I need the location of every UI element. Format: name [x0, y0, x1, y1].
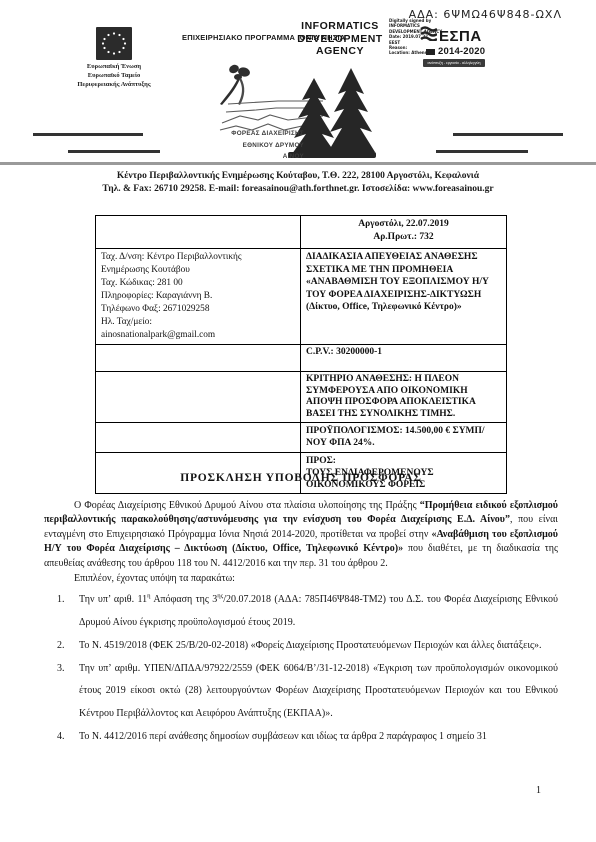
- award-criterion-cell: ΚΡΙΤΗΡΙΟ ΑΝΑΘΕΣΗΣ: Η ΠΛΕΟΝ ΣΥΜΦΕΡΟΥΣΑ ΑΠ…: [301, 372, 507, 423]
- document-body: ΠΡΟΣΚΛΗΣΗ ΥΠΟΒΟΛΗΣ ΠΡΟΣΦΟΡΑΣ Ο Φορέας Δι…: [44, 471, 558, 749]
- list-item: 1. Την υπ’ αριθ. 11η Απόφαση της 3ης/20.…: [44, 589, 558, 635]
- subject-cell: ΔΙΑΔΙΚΑΣΙΑ ΑΠΕΥΘΕΙΑΣ ΑΝΑΘΕΣΗΣ ΣΧΕΤΙΚΑ ΜΕ…: [301, 249, 507, 345]
- eu-line-3: Περιφερειακής Ανάπτυξης: [58, 81, 170, 90]
- date-protocol-cell: Αργοστόλι, 22.07.2019 Αρ.Πρωτ.: 732: [301, 216, 507, 249]
- contact-phone-line: Τηλ. & Fax: 26710 29258. E-mail: foreasa…: [0, 183, 596, 196]
- page-number: 1: [536, 785, 541, 796]
- to-label: ΠΡΟΣ:: [306, 455, 501, 467]
- considering-paragraph: Επιπλέον, έχοντας υπόψη τα παρακάτω:: [44, 572, 558, 587]
- list-item: 3. Την υπ’ αριθμ. ΥΠΕΝ/ΔΠΔΑ/97922/2559 (…: [44, 658, 558, 726]
- empty-cell: [96, 423, 301, 453]
- legal-references-list: 1. Την υπ’ αριθ. 11η Απόφαση της 3ης/20.…: [44, 589, 558, 749]
- park-logo-line-1: ΦΟΡΕΑΣ ΔΙΑΧΕΙΡΙΣΗΣ: [218, 128, 304, 140]
- eu-flag-icon: [96, 27, 132, 60]
- contact-address-line: Κέντρο Περιβαλλοντικής Ενημέρωσης Κούταβ…: [0, 170, 596, 183]
- sender-address-cell: Ταχ. Δ/νση: Κέντρο Περιβαλλοντικής Ενημέ…: [96, 249, 301, 345]
- document-info-table: Αργοστόλι, 22.07.2019 Αρ.Πρωτ.: 732 Ταχ.…: [95, 215, 507, 494]
- empty-cell: [96, 345, 301, 372]
- espa-waves-icon: [420, 26, 437, 46]
- stamp-line-2: DEVELOPMENT: [287, 33, 393, 46]
- list-item-number: 1.: [57, 589, 65, 612]
- contact-block: Κέντρο Περιβαλλοντικής Ενημέρωσης Κούταβ…: [0, 170, 596, 195]
- park-logo-line-2: ΕΘΝΙΚΟΥ ΔΡΥΜΟΥ: [218, 140, 304, 152]
- address-line: Ταχ. Δ/νση: Κέντρο Περιβαλλοντικής: [101, 251, 295, 264]
- park-logo: ΦΟΡΕΑΣ ΔΙΑΧΕΙΡΙΣΗΣ ΕΘΝΙΚΟΥ ΔΡΥΜΟΥ ΑΙΝΟΥ: [218, 60, 376, 163]
- list-item-text: Το Ν. 4519/2018 (ΦΕΚ 25/Β/20-02-2018) «Φ…: [79, 640, 541, 651]
- empty-cell: [96, 372, 301, 423]
- list-item-text: Την υπ’ αριθμ. ΥΠΕΝ/ΔΠΔΑ/97922/2559 (ΦΕΚ…: [79, 663, 558, 720]
- list-item-number: 4.: [57, 726, 65, 749]
- list-item-number: 3.: [57, 658, 65, 681]
- protocol-number: Αρ.Πρωτ.: 732: [306, 231, 501, 244]
- espa-logo: ΕΣΠΑ 2014-2020 ανάπτυξη - εργασία - αλλη…: [420, 26, 490, 67]
- intro-paragraph: Ο Φορέας Διαχείρισης Εθνικού Δρυμού Αίνο…: [44, 499, 558, 572]
- flower-icon: [220, 63, 251, 105]
- list-item: 2. Το Ν. 4519/2018 (ΦΕΚ 25/Β/20-02-2018)…: [44, 635, 558, 658]
- address-line: Ενημέρωσης Κουτάβου: [101, 264, 295, 277]
- stamp-line-3: AGENCY: [287, 45, 393, 58]
- espa-eu-flag-icon: [426, 49, 435, 55]
- stamp-line-1: INFORMATICS: [287, 20, 393, 33]
- espa-name: ΕΣΠΑ: [439, 28, 482, 45]
- address-line: Πληροφορίες: Καραγιάννη Β.: [101, 290, 295, 303]
- espa-tagline: ανάπτυξη - εργασία - αλληλεγγύη: [423, 59, 485, 67]
- empty-cell: [96, 216, 301, 249]
- letterhead-line: [68, 150, 160, 153]
- list-item-text: Την υπ’ αριθ. 11η Απόφαση της 3ης/20.07.…: [79, 594, 558, 628]
- address-line: Ταχ. Κώδικας: 281 00: [101, 277, 295, 290]
- list-item-text: Το Ν. 4412/2016 περί ανάθεσης δημοσίων σ…: [79, 731, 487, 742]
- header-divider: [0, 162, 596, 165]
- address-line: Τηλέφωνο Φαξ: 2671029258: [101, 303, 295, 316]
- letterhead-line: [453, 133, 563, 136]
- document-date: Αργοστόλι, 22.07.2019: [306, 218, 501, 231]
- page-title: ΠΡΟΣΚΛΗΣΗ ΥΠΟΒΟΛΗΣ ΠΡΟΣΦΟΡΑΣ: [44, 471, 558, 486]
- cpv-cell: C.P.V.: 30200000-1: [301, 345, 507, 372]
- budget-cell: ΠΡΟΫΠΟΛΟΓΙΣΜΟΣ: 14.500,00 € ΣΥΜΠ/ΝΟΥ ΦΠΑ…: [301, 423, 507, 453]
- address-line: Ηλ. Ταχ/μείο:: [101, 316, 295, 329]
- letterhead-line: [436, 150, 528, 153]
- espa-years: 2014-2020: [438, 46, 485, 57]
- address-email: ainosnationalpark@gmail.com: [101, 329, 295, 342]
- park-logo-line-3: ΑΙΝΟΥ: [218, 151, 304, 163]
- list-item: 4. Το Ν. 4412/2016 περί ανάθεσης δημοσίω…: [44, 726, 558, 749]
- eu-line-2: Ευρωπαϊκό Ταμείο: [58, 72, 170, 81]
- list-item-number: 2.: [57, 635, 65, 658]
- digital-signature-stamp: INFORMATICS DEVELOPMENT AGENCY: [287, 20, 393, 58]
- eu-funding-block: Ευρωπαϊκή Ένωση Ευρωπαϊκό Ταμείο Περιφερ…: [58, 27, 170, 89]
- letterhead-line: [33, 133, 143, 136]
- document-page: ΑΔΑ: 6ΨΜΩ46Ψ848-ΩΧΛ Ευρωπαϊκή Ένωση Ευρω…: [0, 0, 596, 842]
- eu-line-1: Ευρωπαϊκή Ένωση: [58, 63, 170, 72]
